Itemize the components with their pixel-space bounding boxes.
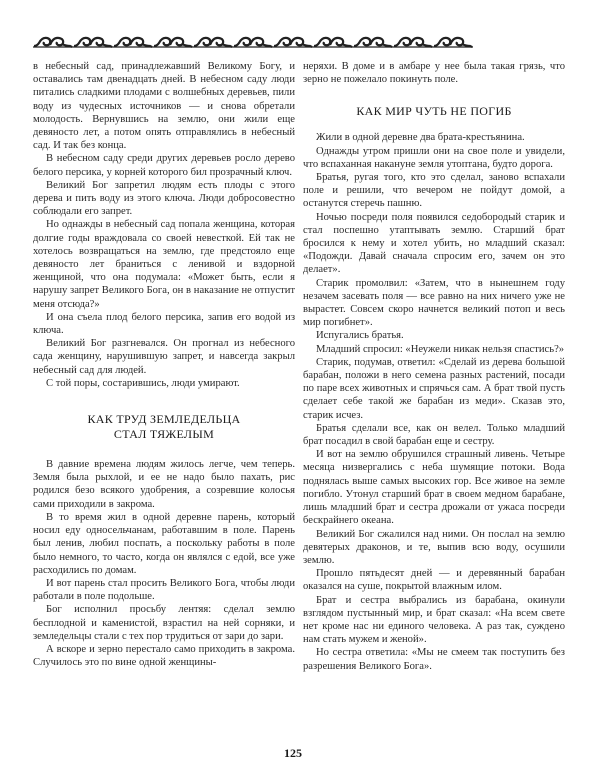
section-title: КАК МИР ЧУТЬ НЕ ПОГИБ xyxy=(303,104,565,119)
paragraph: Великий Бог разгневался. Он прогнал из н… xyxy=(33,337,295,377)
header-ornament xyxy=(33,34,473,48)
paragraph: неряхи. В доме и в амбаре у нее была так… xyxy=(303,60,565,86)
paragraph: А вскоре и зерно перестало само приходит… xyxy=(33,643,295,669)
paragraph: С той поры, состарившись, люди умирают. xyxy=(33,377,295,390)
page-number: 125 xyxy=(284,746,302,761)
paragraph: в небесный сад, принадлежавший Великому … xyxy=(33,60,295,152)
paragraph: Младший спросил: «Неужели никак нельзя с… xyxy=(303,343,565,356)
paragraph: Жили в одной деревне два брата-крестьяни… xyxy=(303,131,565,144)
wave-scroll-icon xyxy=(73,34,113,48)
paragraph: Старик промолвил: «Затем, что в нынешнем… xyxy=(303,277,565,330)
paragraph: В то время жил в одной деревне парень, к… xyxy=(33,511,295,577)
paragraph: Великий Бог запретил людям есть плоды с … xyxy=(33,179,295,219)
section-title-line: КАК ТРУД ЗЕМЛЕДЕЛЬЦА xyxy=(33,412,295,427)
paragraph: Но сестра ответила: «Мы не смеем так пос… xyxy=(303,646,565,672)
paragraph: Однажды утром пришли они на свое поле и … xyxy=(303,145,565,171)
wave-scroll-icon xyxy=(113,34,153,48)
wave-scroll-icon xyxy=(33,34,73,48)
paragraph: И вот на землю обрушился страшный ливень… xyxy=(303,448,565,527)
wave-scroll-icon xyxy=(193,34,233,48)
wave-scroll-icon xyxy=(433,34,473,48)
paragraph: В небесном саду среди других деревьев ро… xyxy=(33,152,295,178)
paragraph: В давние времена людям жилось легче, чем… xyxy=(33,458,295,511)
paragraph: Ночью посреди поля появился седобородый … xyxy=(303,211,565,277)
right-column: неряхи. В доме и в амбаре у нее была так… xyxy=(303,60,565,673)
section-title-line: СТАЛ ТЯЖЕЛЫМ xyxy=(33,427,295,442)
paragraph: Старик, подумав, ответил: «Сделай из дер… xyxy=(303,356,565,422)
section-title: КАК ТРУД ЗЕМЛЕДЕЛЬЦА СТАЛ ТЯЖЕЛЫМ xyxy=(33,412,295,442)
wave-scroll-icon xyxy=(393,34,433,48)
paragraph: Бог исполнил просьбу лентяя: сделал земл… xyxy=(33,603,295,643)
paragraph: Прошло пятьдесят дней — и деревянный бар… xyxy=(303,567,565,593)
left-column: в небесный сад, принадлежавший Великому … xyxy=(33,60,295,669)
paragraph: Испугались братья. xyxy=(303,329,565,342)
paragraph: Брат и сестра выбрались из барабана, оки… xyxy=(303,594,565,647)
wave-scroll-icon xyxy=(273,34,313,48)
wave-scroll-icon xyxy=(233,34,273,48)
wave-scroll-icon xyxy=(153,34,193,48)
paragraph: И вот парень стал просить Великого Бога,… xyxy=(33,577,295,603)
paragraph: Братья сделали все, как он велел. Только… xyxy=(303,422,565,448)
wave-scroll-icon xyxy=(353,34,393,48)
paragraph: Великий Бог сжалился над ними. Он послал… xyxy=(303,528,565,568)
paragraph: Но однажды в небесный сад попала женщина… xyxy=(33,218,295,310)
paragraph: Братья, ругая того, кто это сделал, зано… xyxy=(303,171,565,211)
wave-scroll-icon xyxy=(313,34,353,48)
paragraph: И она съела плод белого персика, запив е… xyxy=(33,311,295,337)
